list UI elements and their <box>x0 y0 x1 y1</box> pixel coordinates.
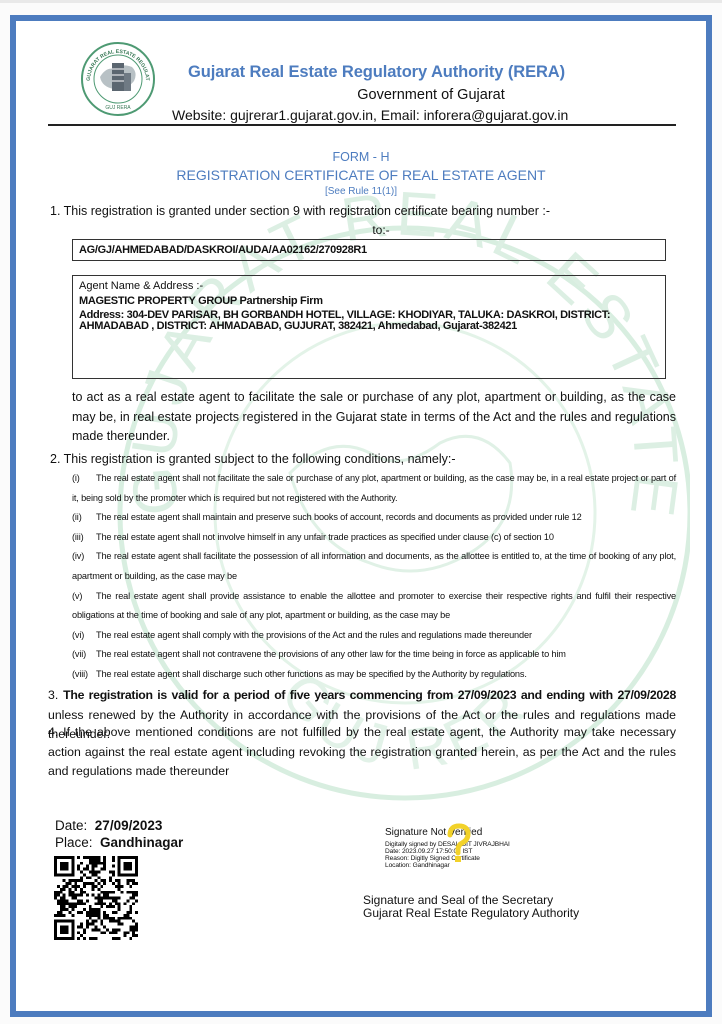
agent-details-box: Agent Name & Address :- MAGESTIC PROPERT… <box>72 275 666 379</box>
signature-question-icon <box>444 823 472 863</box>
certificate-title: REGISTRATION CERTIFICATE OF REAL ESTATE … <box>0 167 722 183</box>
validity-period: The registration is valid for a period o… <box>63 688 676 702</box>
rule-reference: [See Rule 11(1)] <box>0 186 722 197</box>
agent-name: MAGESTIC PROPERTY GROUP Partnership Firm <box>79 295 659 307</box>
condition-item: (v)The real estate agent shall provide a… <box>72 587 676 626</box>
condition-item: (vii)The real estate agent shall not con… <box>72 645 676 665</box>
condition-item: (viii)The real estate agent shall discha… <box>72 665 676 685</box>
clause-1: 1. This registration is granted under se… <box>50 204 550 218</box>
rera-logo-icon: GUJARAT REAL ESTATE REGULATORY AUTHORITY… <box>80 41 156 117</box>
issue-place: Place: Gandhinagar <box>55 835 183 850</box>
to-label: to:- <box>0 223 722 237</box>
clause-4: 4. If the above mentioned conditions are… <box>48 723 676 782</box>
secretary-signature-label: Signature and Seal of the Secretary Guja… <box>363 894 579 919</box>
issue-date: Date: 27/09/2023 <box>55 818 162 833</box>
condition-item: (ii)The real estate agent shall maintain… <box>72 508 676 528</box>
svg-text:GUJ RERA: GUJ RERA <box>105 105 131 111</box>
contact-info: Website: gujrerar1.gujarat.gov.in, Email… <box>172 107 568 123</box>
authority-name: Gujarat Real Estate Regulatory Authority… <box>188 63 565 82</box>
act-statement: to act as a real estate agent to facilit… <box>72 388 676 447</box>
conditions-list: (i)The real estate agent shall not facil… <box>72 469 676 685</box>
agent-label: Agent Name & Address :- <box>79 280 659 292</box>
condition-item: (iv)The real estate agent shall facilita… <box>72 547 676 586</box>
header-divider <box>48 124 676 126</box>
clause-2: 2. This registration is granted subject … <box>50 452 456 466</box>
certificate-page: GUJARAT REAL ESTATE REGULATORY AUTHORITY… <box>0 3 722 1024</box>
form-label: FORM - H <box>0 150 722 164</box>
government-name: Government of Gujarat <box>0 87 722 103</box>
condition-item: (i)The real estate agent shall not facil… <box>72 469 676 508</box>
condition-item: (vi)The real estate agent shall comply w… <box>72 626 676 646</box>
registration-number: AG/GJ/AHMEDABAD/DASKROI/AUDA/AA02162/270… <box>72 239 666 261</box>
qr-code-icon[interactable] <box>54 856 138 940</box>
agent-address: Address: 304-DEV PARISAR, BH GORBANDH HO… <box>79 310 659 332</box>
condition-item: (iii)The real estate agent shall not inv… <box>72 528 676 548</box>
